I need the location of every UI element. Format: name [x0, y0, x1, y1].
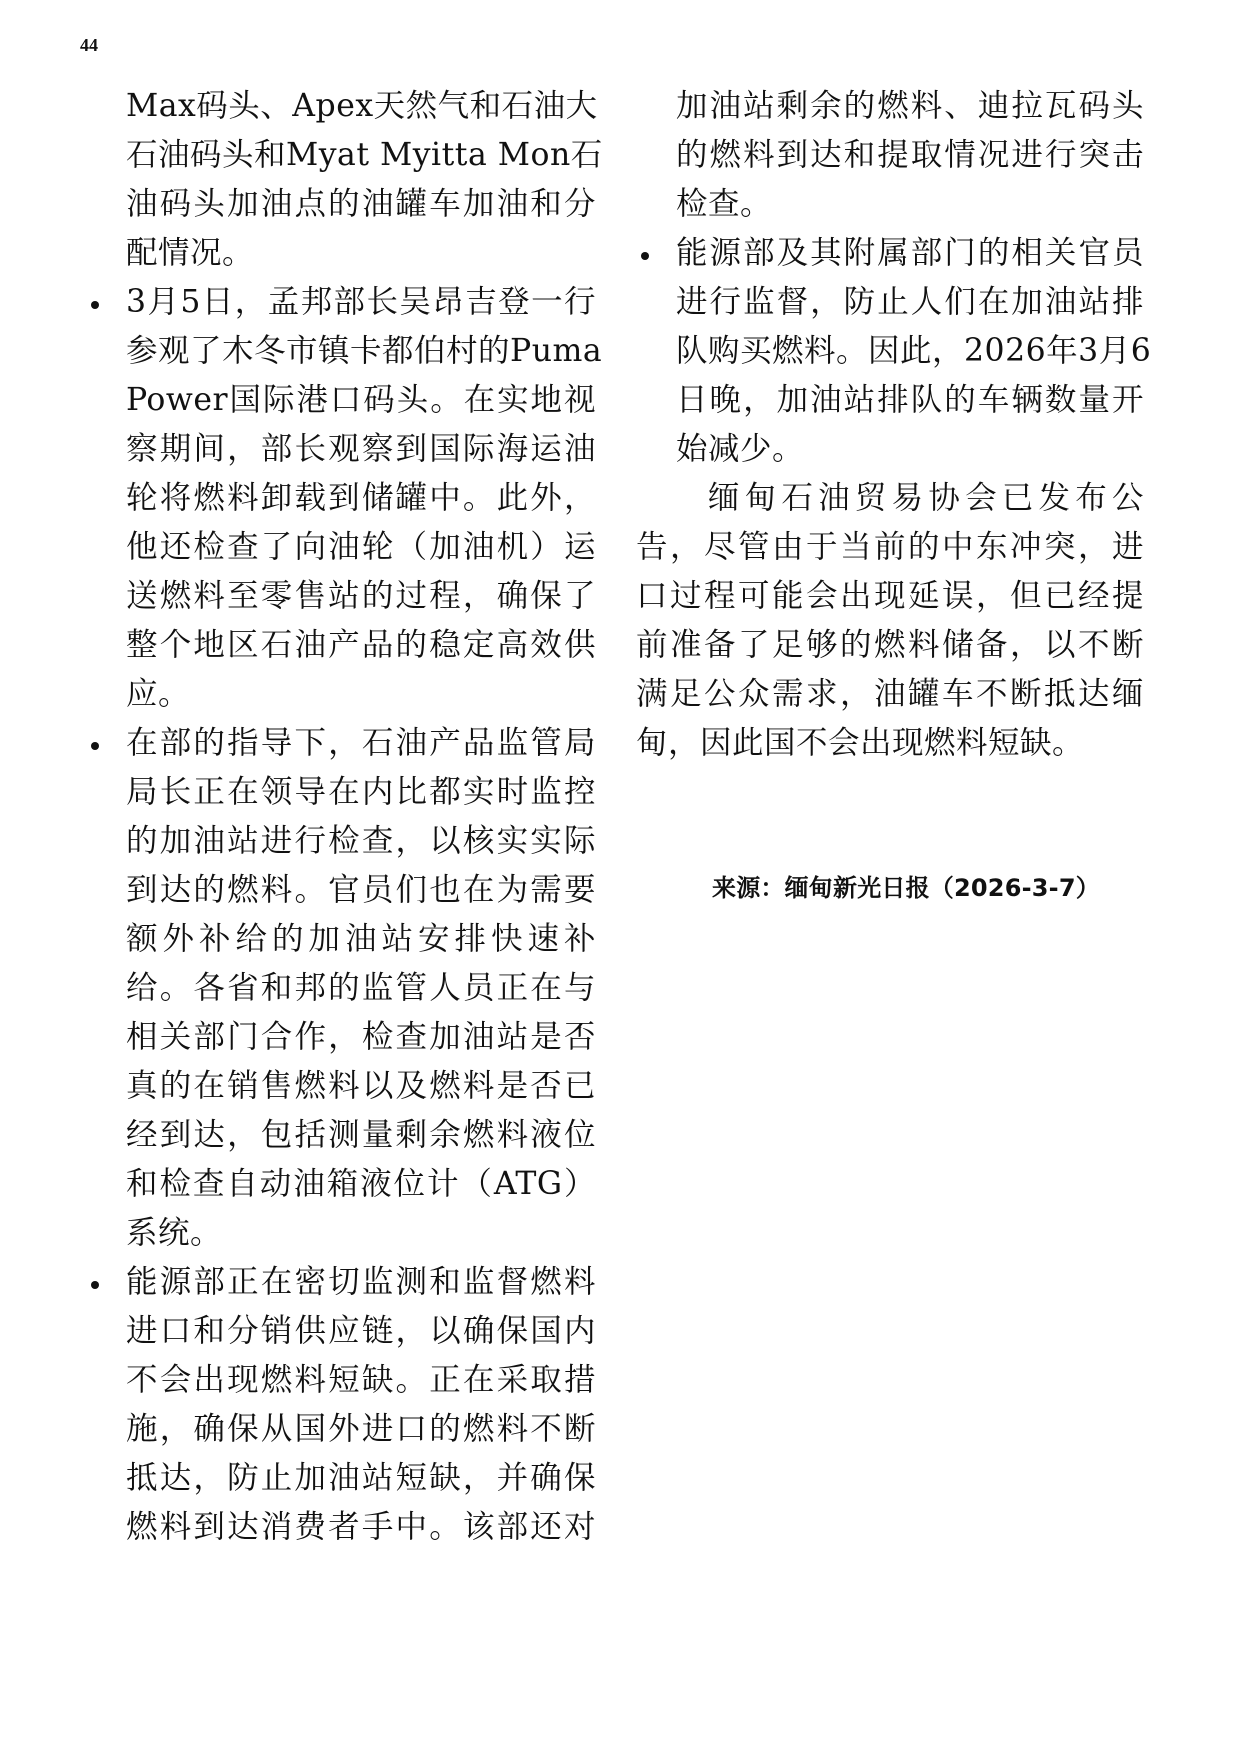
association-announcement-paragraph: 缅甸石油贸易协会已发布公 告，尽管由于当前的中东冲突，进 口过程可能会出现延误，… [636, 474, 1144, 768]
text-line: 到达的燃料。官员们也在为需要 [126, 866, 596, 915]
text-line: 进行监督，防止人们在加油站排 [676, 278, 1144, 327]
text-line: 他还检查了向油轮（加油机）运 [126, 523, 596, 572]
text-line: 石油码头和Myat Myitta Mon石 [126, 131, 596, 180]
text-line: 给。各省和邦的监管人员正在与 [126, 964, 596, 1013]
text-line: 经到达，包括测量剩余燃料液位 [126, 1111, 596, 1160]
text-line: 配情况。 [126, 229, 596, 278]
right-column: 加油站剩余的燃料、迪拉瓦码头 的燃料到达和提取情况进行突击 检查。 能源部及其附… [676, 82, 1144, 768]
text-line: 抵达，防止加油站短缺，并确保 [126, 1454, 596, 1503]
text-line: 不会出现燃料短缺。正在采取措 [126, 1356, 596, 1405]
text-line: Power国际港口码头。在实地视 [126, 376, 596, 425]
text-line: 局长正在领导在内比都实时监控 [126, 768, 596, 817]
text-line: 检查。 [676, 180, 1144, 229]
left-column: Max码头、Apex天然气和石油大 石油码头和Myat Myitta Mon石 … [126, 82, 596, 1552]
text-line: 施，确保从国外进口的燃料不断 [126, 1405, 596, 1454]
bullet-icon [90, 719, 100, 768]
bullet-icon [90, 1258, 100, 1307]
text-line: 的加油站进行检查，以核实实际 [126, 817, 596, 866]
text-line: 送燃料至零售站的过程，确保了 [126, 572, 596, 621]
text-line: 应。 [126, 670, 596, 719]
text-line: 3月5日，孟邦部长吴昂吉登一行 [126, 278, 596, 327]
text-line: 进口和分销供应链，以确保国内 [126, 1307, 596, 1356]
text-line: 能源部正在密切监测和监督燃料 [126, 1258, 596, 1307]
text-line: 在部的指导下，石油产品监管局 [126, 719, 596, 768]
bullet-item-minister-visit: 3月5日，孟邦部长吴昂吉登一行 参观了木冬市镇卡都伯村的Puma Power国际… [126, 278, 596, 719]
bullet-icon [90, 278, 100, 327]
text-line: 甸，因此国不会出现燃料短缺。 [636, 719, 1144, 768]
text-line: 的燃料到达和提取情况进行突击 [676, 131, 1144, 180]
bullet-item-inspection: 在部的指导下，石油产品监管局 局长正在领导在内比都实时监控 的加油站进行检查，以… [126, 719, 596, 1258]
text-line: 加油站剩余的燃料、迪拉瓦码头 [676, 82, 1144, 131]
text-line: 系统。 [126, 1209, 596, 1258]
text-line: 相关部门合作，检查加油站是否 [126, 1013, 596, 1062]
text-line: 告，尽管由于当前的中东冲突，进 [636, 523, 1144, 572]
page-number: 44 [80, 34, 98, 56]
text-line: 轮将燃料卸载到储罐中。此外， [126, 474, 596, 523]
text-line: 能源部及其附属部门的相关官员 [676, 229, 1144, 278]
text-line: 整个地区石油产品的稳定高效供 [126, 621, 596, 670]
text-line: 察期间，部长观察到国际海运油 [126, 425, 596, 474]
text-line: 参观了木冬市镇卡都伯村的Puma [126, 327, 596, 376]
text-line: 燃料到达消费者手中。该部还对 [126, 1503, 596, 1552]
bullet-icon [640, 229, 650, 278]
text-line: 缅甸石油贸易协会已发布公 [636, 474, 1144, 523]
text-line: 满足公众需求，油罐车不断抵达缅 [636, 670, 1144, 719]
text-line: 日晚，加油站排队的车辆数量开 [676, 376, 1144, 425]
text-line: 和检查自动油箱液位计（ATG） [126, 1160, 596, 1209]
text-line: 前准备了足够的燃料储备，以不断 [636, 621, 1144, 670]
continued-paragraph: 加油站剩余的燃料、迪拉瓦码头 的燃料到达和提取情况进行突击 检查。 [676, 82, 1144, 229]
source-attribution: 来源：缅甸新光日报（2026-3-7） [712, 868, 1100, 908]
continued-paragraph: Max码头、Apex天然气和石油大 石油码头和Myat Myitta Mon石 … [126, 82, 596, 278]
text-line: 始减少。 [676, 425, 1144, 474]
text-line: 真的在销售燃料以及燃料是否已 [126, 1062, 596, 1111]
bullet-item-queue-supervision: 能源部及其附属部门的相关官员 进行监督，防止人们在加油站排 队购买燃料。因此，2… [676, 229, 1144, 474]
bullet-item-energy-ministry-monitoring: 能源部正在密切监测和监督燃料 进口和分销供应链，以确保国内 不会出现燃料短缺。正… [126, 1258, 596, 1552]
text-line: 油码头加油点的油罐车加油和分 [126, 180, 596, 229]
text-line: 额外补给的加油站安排快速补 [126, 915, 596, 964]
text-line: Max码头、Apex天然气和石油大 [126, 82, 596, 131]
text-line: 队购买燃料。因此，2026年3月6 [676, 327, 1144, 376]
text-line: 口过程可能会出现延误，但已经提 [636, 572, 1144, 621]
